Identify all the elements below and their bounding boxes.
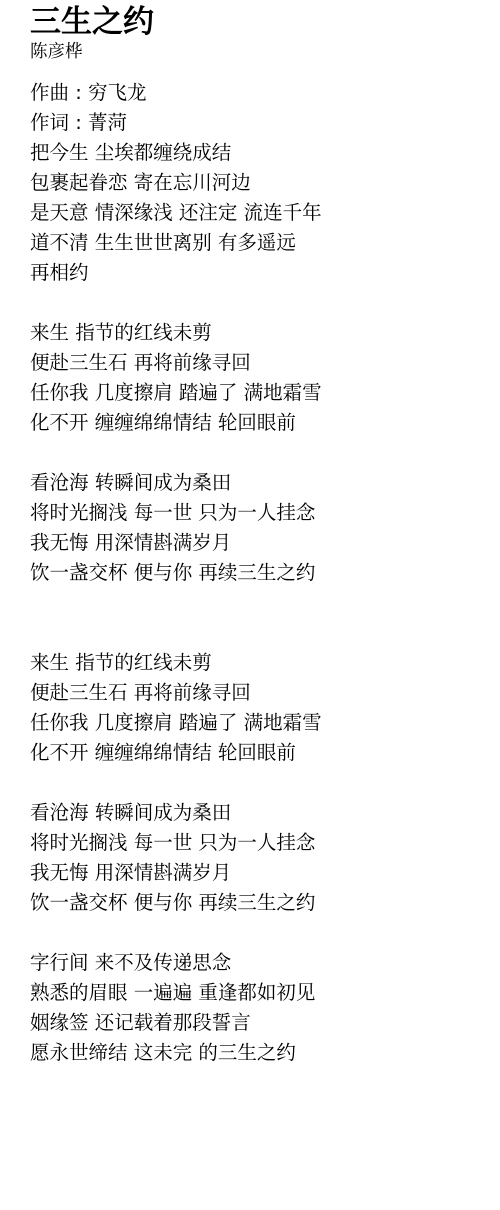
lyric-line: 字行间 来不及传递思念 (30, 948, 480, 978)
lyric-line: 任你我 几度擦肩 踏遍了 满地霜雪 (30, 378, 480, 408)
lyric-line: 我无悔 用深情斟满岁月 (30, 858, 480, 888)
lyric-line: 饮一盏交杯 便与你 再续三生之约 (30, 888, 480, 918)
lyric-line: 道不清 生生世世离别 有多遥远 (30, 228, 480, 258)
lyric-line: 我无悔 用深情斟满岁月 (30, 528, 480, 558)
lyric-line: 是天意 情深缘浅 还注定 流连千年 (30, 198, 480, 228)
lyric-line: 将时光搁浅 每一世 只为一人挂念 (30, 498, 480, 528)
lyric-line: 来生 指节的红线未剪 (30, 648, 480, 678)
lyric-line: 任你我 几度擦肩 踏遍了 满地霜雪 (30, 708, 480, 738)
lyric-line: 看沧海 转瞬间成为桑田 (30, 468, 480, 498)
blank-line (30, 618, 480, 648)
lyric-line: 把今生 尘埃都缠绕成结 (30, 138, 480, 168)
lyric-line: 姻缘签 还记载着那段誓言 (30, 1008, 480, 1038)
blank-line (30, 918, 480, 948)
lyric-line: 将时光搁浅 每一世 只为一人挂念 (30, 828, 480, 858)
blank-line (30, 288, 480, 318)
lyric-line: 饮一盏交杯 便与你 再续三生之约 (30, 558, 480, 588)
lyric-line: 来生 指节的红线未剪 (30, 318, 480, 348)
lyrics-block: 作曲 : 穷飞龙作词 : 菁菏把今生 尘埃都缠绕成结包裹起眷恋 寄在忘川河边是天… (30, 78, 480, 1068)
lyric-line: 化不开 缠缠绵绵情结 轮回眼前 (30, 738, 480, 768)
lyric-line: 熟悉的眉眼 一遍遍 重逢都如初见 (30, 978, 480, 1008)
lyrics-page: 三生之约 陈彦桦 作曲 : 穷飞龙作词 : 菁菏把今生 尘埃都缠绕成结包裹起眷恋… (0, 0, 500, 1068)
lyric-line: 便赴三生石 再将前缘寻回 (30, 678, 480, 708)
lyric-line: 作曲 : 穷飞龙 (30, 78, 480, 108)
blank-line (30, 438, 480, 468)
lyric-line: 包裹起眷恋 寄在忘川河边 (30, 168, 480, 198)
blank-line (30, 768, 480, 798)
page-title: 三生之约 (30, 4, 480, 40)
lyric-line: 便赴三生石 再将前缘寻回 (30, 348, 480, 378)
lyric-line: 再相约 (30, 258, 480, 288)
blank-line (30, 588, 480, 618)
lyric-line: 看沧海 转瞬间成为桑田 (30, 798, 480, 828)
artist-name: 陈彦桦 (30, 40, 480, 64)
lyric-line: 化不开 缠缠绵绵情结 轮回眼前 (30, 408, 480, 438)
lyric-line: 作词 : 菁菏 (30, 108, 480, 138)
lyric-line: 愿永世缔结 这未完 的三生之约 (30, 1038, 480, 1068)
